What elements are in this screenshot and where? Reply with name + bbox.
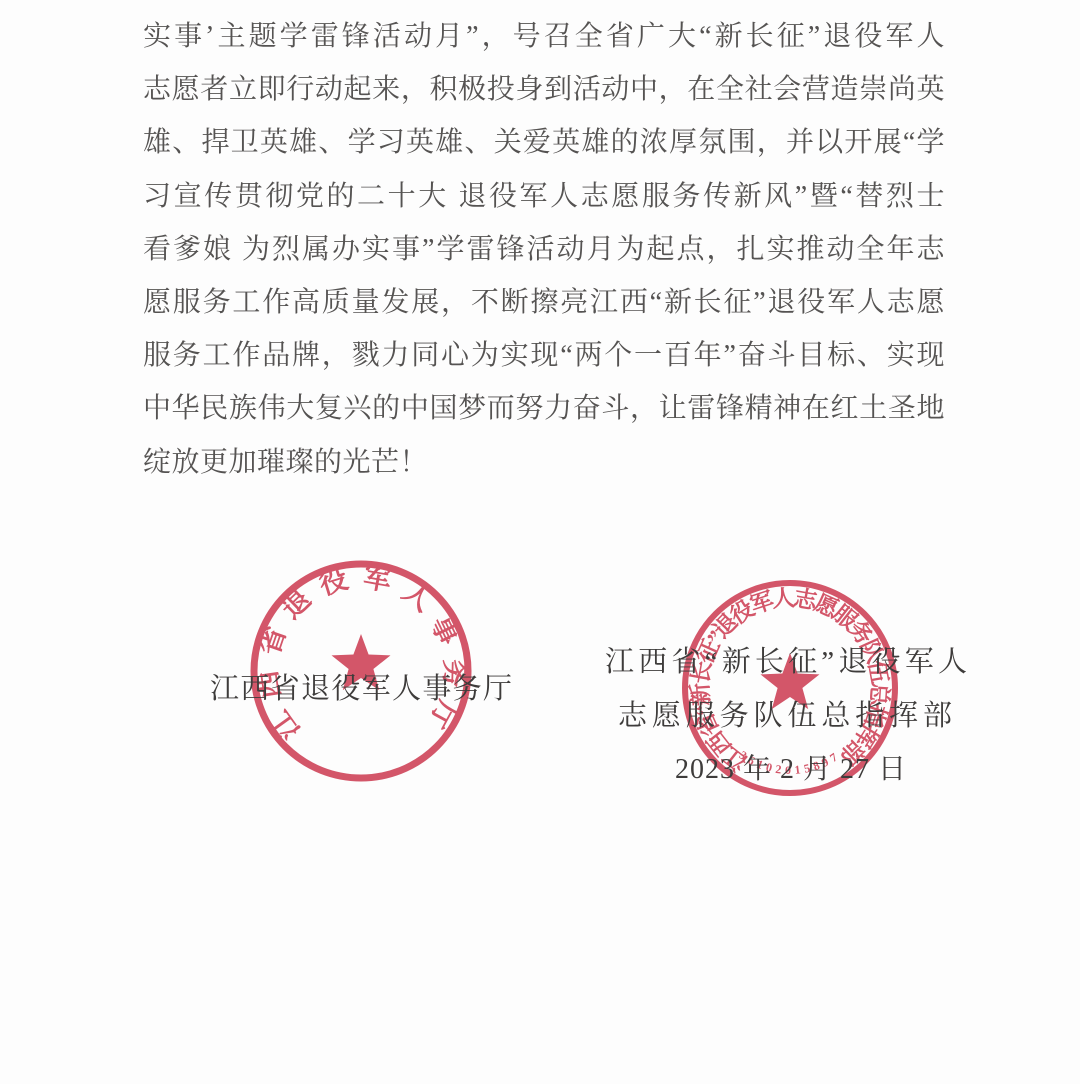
document-line: 中华民族伟大复兴的中国梦而努力奋斗，让雷锋精神在红土圣地 [143, 382, 945, 435]
signature-date: 2023 年 2 月 27 日 [670, 753, 912, 787]
document-line: 服务工作品牌，戮力同心为实现“两个一百年”奋斗目标、实现 [143, 329, 945, 382]
scanned-document-page: 实事’主题学雷锋活动月”，号召全省广大“新长征”退役军人 志愿者立即行动起来，积… [0, 0, 1080, 1084]
document-line: 志愿者立即行动起来，积极投身到活动中，在全社会营造崇尚英 [143, 63, 945, 116]
signature-right-org-line1: 江西省“新长征”退役军人 [605, 645, 967, 679]
signature-left-org: 江西省退役军人事务厅 [210, 672, 512, 706]
document-line: 实事’主题学雷锋活动月”，号召全省广大“新长征”退役军人 [143, 10, 945, 63]
document-line: 雄、捍卫英雄、学习英雄、关爱英雄的浓厚氛围，并以开展“学 [143, 116, 945, 169]
document-line: 看爹娘 为烈属办实事”学雷锋活动月为起点，扎实推动全年志 [143, 223, 945, 276]
document-body: 实事’主题学雷锋活动月”，号召全省广大“新长征”退役军人 志愿者立即行动起来，积… [143, 10, 945, 489]
signature-right-org-line2: 志愿服务队伍总指挥部 [618, 699, 952, 733]
official-seal-left: 江西省退役军人事务厅 [241, 551, 481, 791]
document-line: 愿服务工作高质量发展，不断擦亮江西“新长征”退役军人志愿 [143, 276, 945, 329]
document-line: 习宣传贯彻党的二十大 退役军人志愿服务传新风”暨“替烈士 [143, 170, 945, 223]
document-line: 绽放更加璀璨的光芒！ [143, 436, 945, 489]
